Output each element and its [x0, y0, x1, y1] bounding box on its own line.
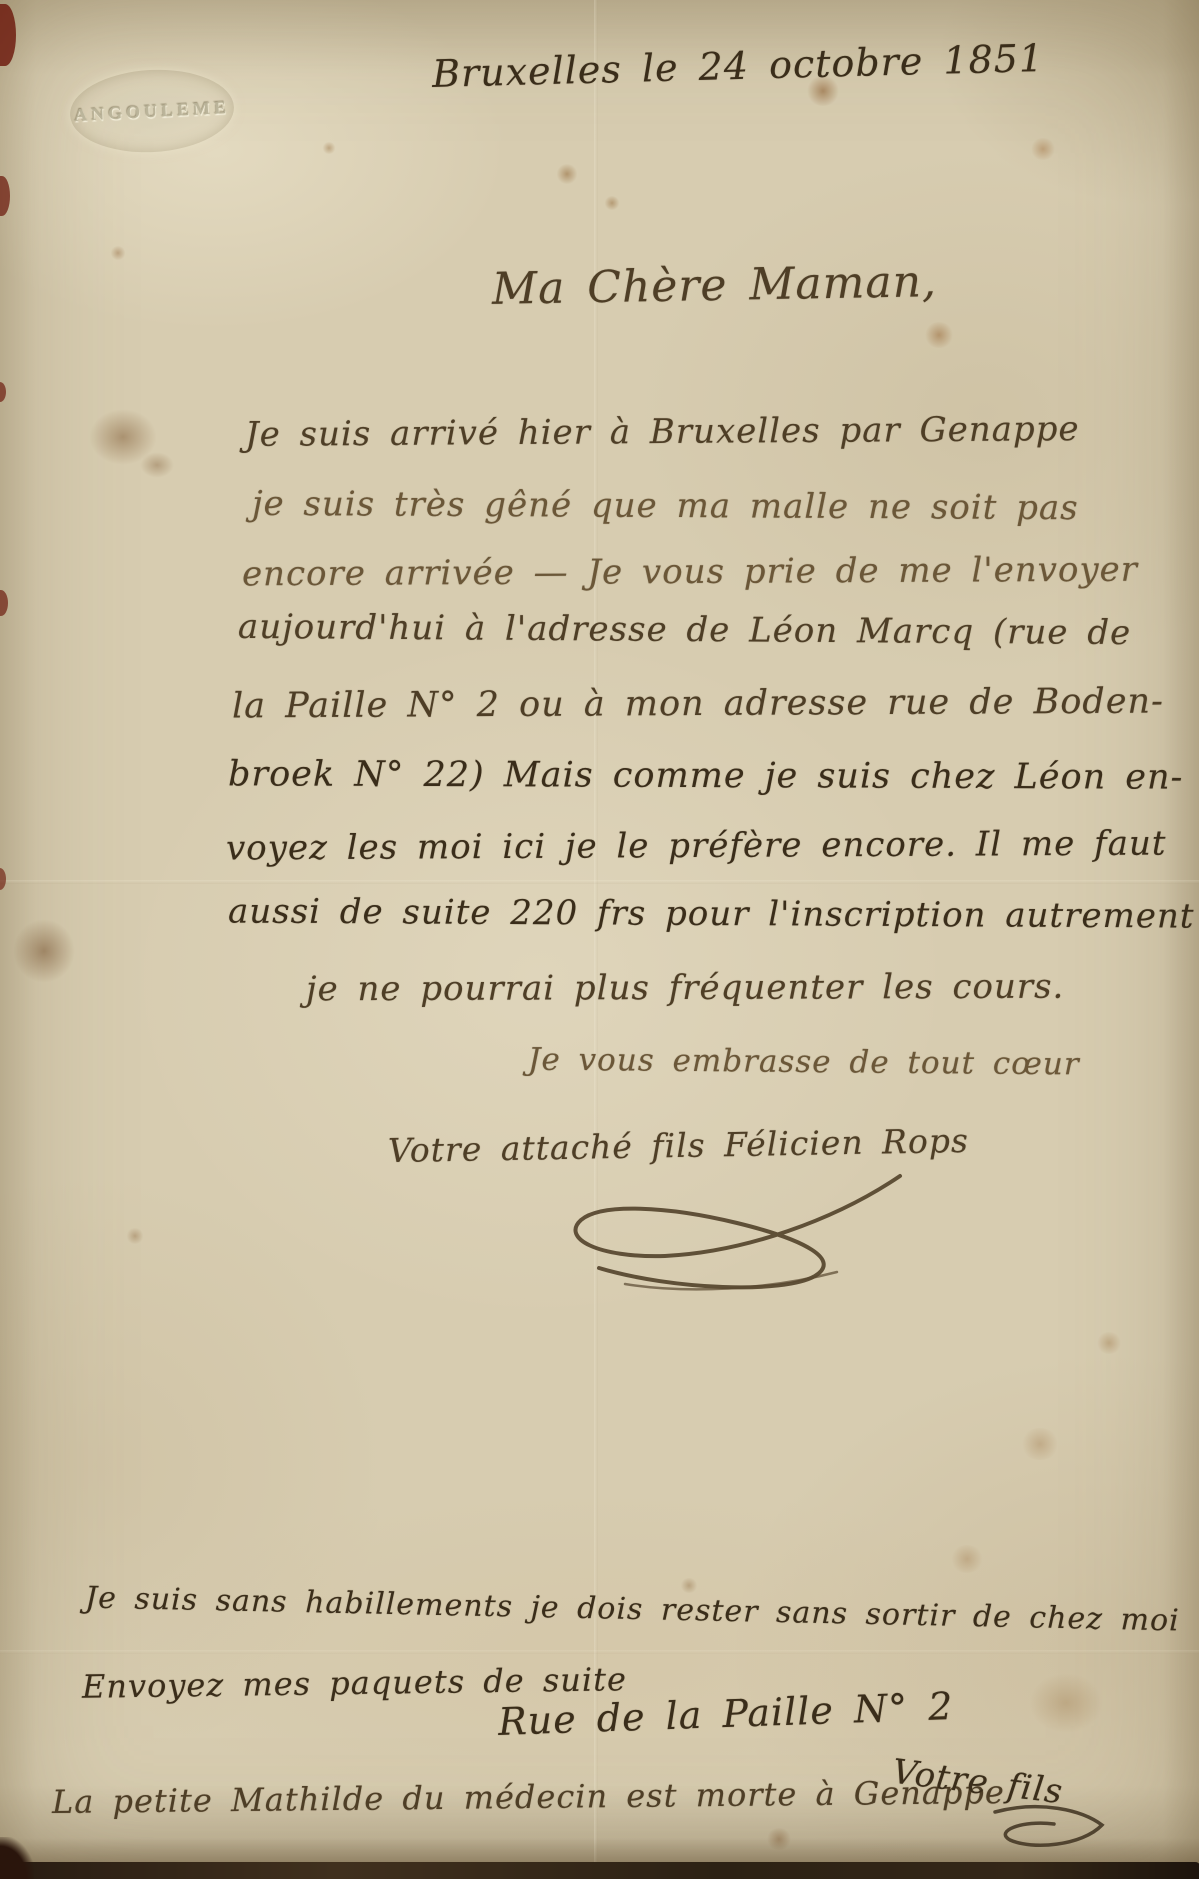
bottom-left-corner-stain	[0, 1837, 34, 1879]
foxing-spot	[604, 196, 620, 210]
body-line: Je suis arrivé hier à Bruxelles par Gena…	[245, 409, 1080, 455]
foxing-spot	[126, 1228, 144, 1244]
foxing-spot	[680, 1578, 698, 1593]
bottom-edge-shadow	[0, 1838, 1199, 1864]
body-line: broek N° 22) Mais comme je suis chez Léo…	[228, 754, 1184, 797]
postscript-line: Je suis sans habillements je dois rester…	[85, 1581, 1180, 1639]
edge-stain	[0, 868, 6, 890]
edge-stain	[0, 176, 10, 216]
body-line: aujourd'hui à l'adresse de Léon Marcq (r…	[238, 607, 1131, 653]
body-line: encore arrivée — Je vous prie de me l'en…	[242, 550, 1138, 595]
body-line: aussi de suite 220 frs pour l'inscriptio…	[228, 891, 1195, 936]
signature-line: Votre attaché fils Félicien Rops	[388, 1121, 970, 1170]
horizontal-fold-crease	[0, 1650, 1199, 1654]
foxing-spot	[950, 1545, 984, 1573]
body-line: la Paille N° 2 ou à mon adresse rue de B…	[232, 682, 1164, 727]
body-line: je suis très gêné que ma malle ne soit p…	[252, 484, 1079, 528]
foxing-blotch	[88, 408, 158, 466]
signature-flourish	[505, 1168, 905, 1298]
foxing-blotch	[1028, 1672, 1104, 1734]
edge-stain	[0, 590, 8, 616]
embossed-papermill-stamp: ANGOULEME	[68, 66, 236, 156]
edge-stain	[0, 4, 16, 66]
foxing-spot	[1096, 1332, 1122, 1354]
body-line: je ne pourrai plus fréquenter les cours.	[306, 967, 1064, 1010]
edge-stain	[0, 382, 6, 402]
foxing-blotch	[12, 918, 76, 984]
foxing-spot	[556, 164, 578, 184]
dateline: Bruxelles le 24 octobre 1851	[432, 36, 1045, 96]
letter-scan: ANGOULEME Bruxelles le 24 octobre 1851 M…	[0, 0, 1199, 1879]
salutation: Ma Chère Maman,	[492, 256, 938, 315]
stamp-label: ANGOULEME	[74, 96, 231, 125]
foxing-spot	[110, 246, 126, 260]
postscript-final-note: La petite Mathilde du médecin est morte …	[52, 1773, 1005, 1821]
scan-bottom-edge	[0, 1862, 1199, 1879]
foxing-spot	[140, 452, 174, 478]
horizontal-fold-crease	[0, 880, 1199, 884]
foxing-spot	[924, 322, 954, 348]
foxing-spot	[1020, 1428, 1060, 1460]
closing-line: Je vous embrasse de tout cœur	[528, 1042, 1080, 1083]
foxing-spot	[1030, 138, 1056, 160]
foxing-spot	[322, 142, 336, 154]
body-line: voyez les moi ici je le préfère encore. …	[226, 824, 1167, 869]
